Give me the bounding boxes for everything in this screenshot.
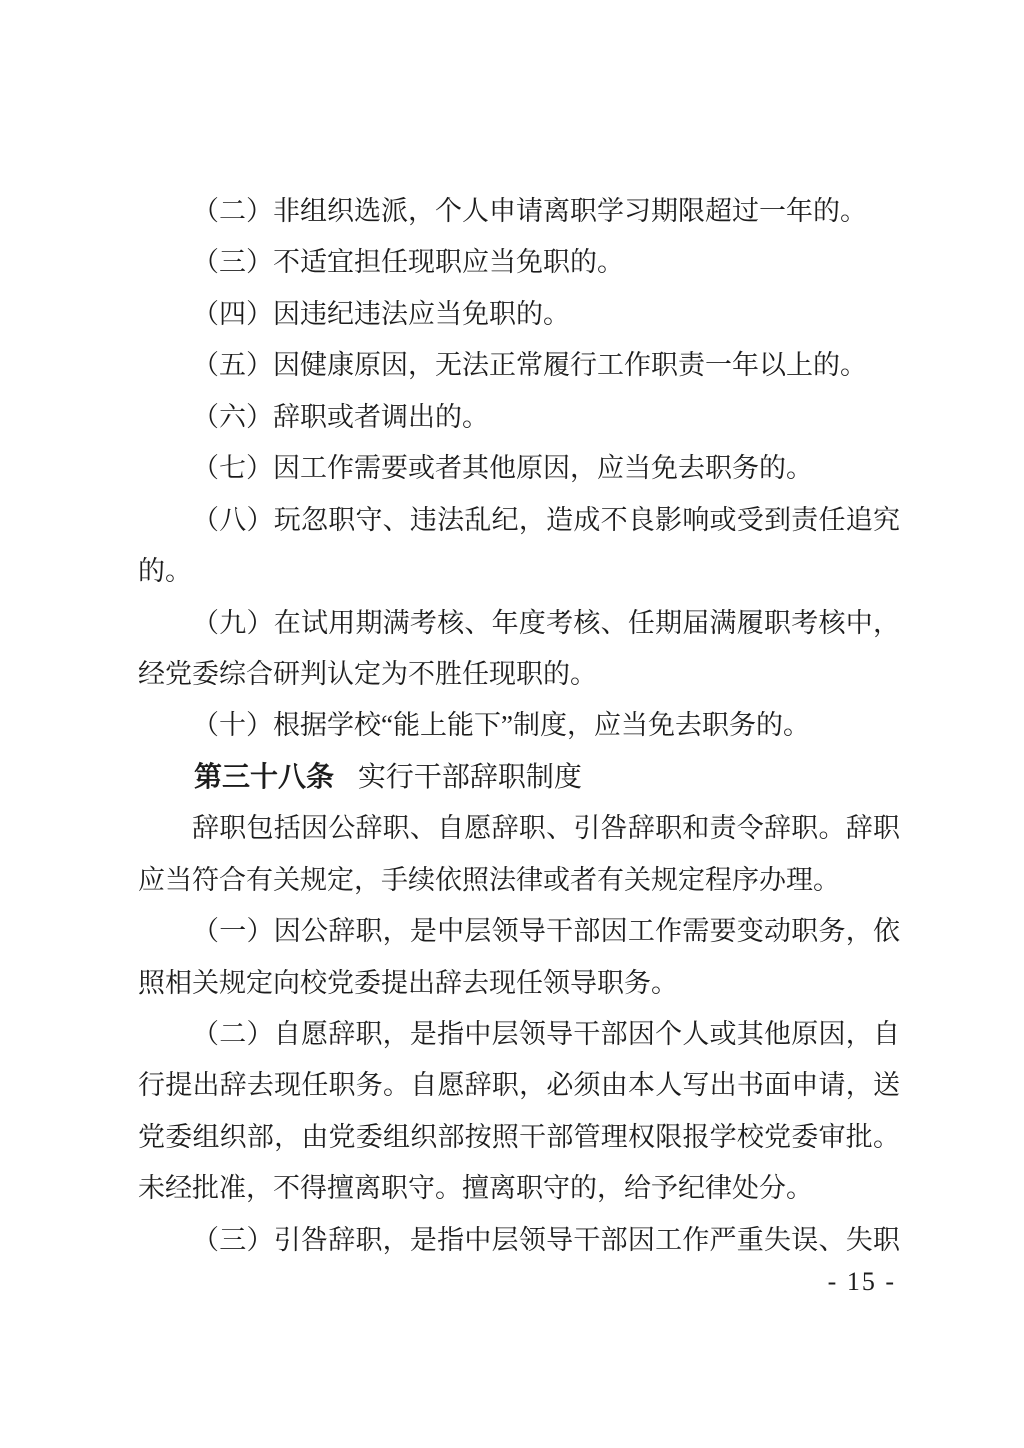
text-line: （二）自愿辞职，是指中层领导干部因个人或其他原因，自 [138, 1009, 900, 1060]
text-line: 的。 [138, 546, 900, 597]
text-line: （二）非组织选派，个人申请离职学习期限超过一年的。 [138, 186, 900, 237]
document-body: （二）非组织选派，个人申请离职学习期限超过一年的。 （三）不适宜担任现职应当免职… [138, 186, 900, 1266]
text-line: （九）在试用期满考核、年度考核、任期届满履职考核中， [138, 598, 900, 649]
text-line: 行提出辞去现任职务。自愿辞职，必须由本人写出书面申请，送 [138, 1060, 900, 1111]
page-number: - 15 - [828, 1266, 896, 1298]
text-line: 未经批准，不得擅离职守。擅离职守的，给予纪律处分。 [138, 1163, 900, 1214]
text-line: 应当符合有关规定，手续依照法律或者有关规定程序办理。 [138, 855, 900, 906]
text-line: 经党委综合研判认定为不胜任现职的。 [138, 649, 900, 700]
text-line: （十）根据学校“能上能下”制度，应当免去职务的。 [138, 700, 900, 751]
text-line: （三）不适宜担任现职应当免职的。 [138, 237, 900, 288]
text-line: （六）辞职或者调出的。 [138, 392, 900, 443]
text-line: （四）因违纪违法应当免职的。 [138, 289, 900, 340]
text-line: （七）因工作需要或者其他原因，应当免去职务的。 [138, 443, 900, 494]
heading-number: 第三十八条 [194, 762, 334, 793]
heading-title: 实行干部辞职制度 [358, 762, 582, 793]
text-line: （五）因健康原因，无法正常履行工作职责一年以上的。 [138, 340, 900, 391]
section-heading: 第三十八条实行干部辞职制度 [138, 752, 900, 803]
document-page: （二）非组织选派，个人申请离职学习期限超过一年的。 （三）不适宜担任现职应当免职… [0, 0, 1024, 1448]
text-line: 辞职包括因公辞职、自愿辞职、引咎辞职和责令辞职。辞职 [138, 803, 900, 854]
text-line: （一）因公辞职，是中层领导干部因工作需要变动职务，依 [138, 906, 900, 957]
text-line: （八）玩忽职守、违法乱纪，造成不良影响或受到责任追究 [138, 495, 900, 546]
text-line: 照相关规定向校党委提出辞去现任领导职务。 [138, 958, 900, 1009]
text-line: 党委组织部，由党委组织部按照干部管理权限报学校党委审批。 [138, 1112, 900, 1163]
text-line: （三）引咎辞职，是指中层领导干部因工作严重失误、失职 [138, 1215, 900, 1266]
